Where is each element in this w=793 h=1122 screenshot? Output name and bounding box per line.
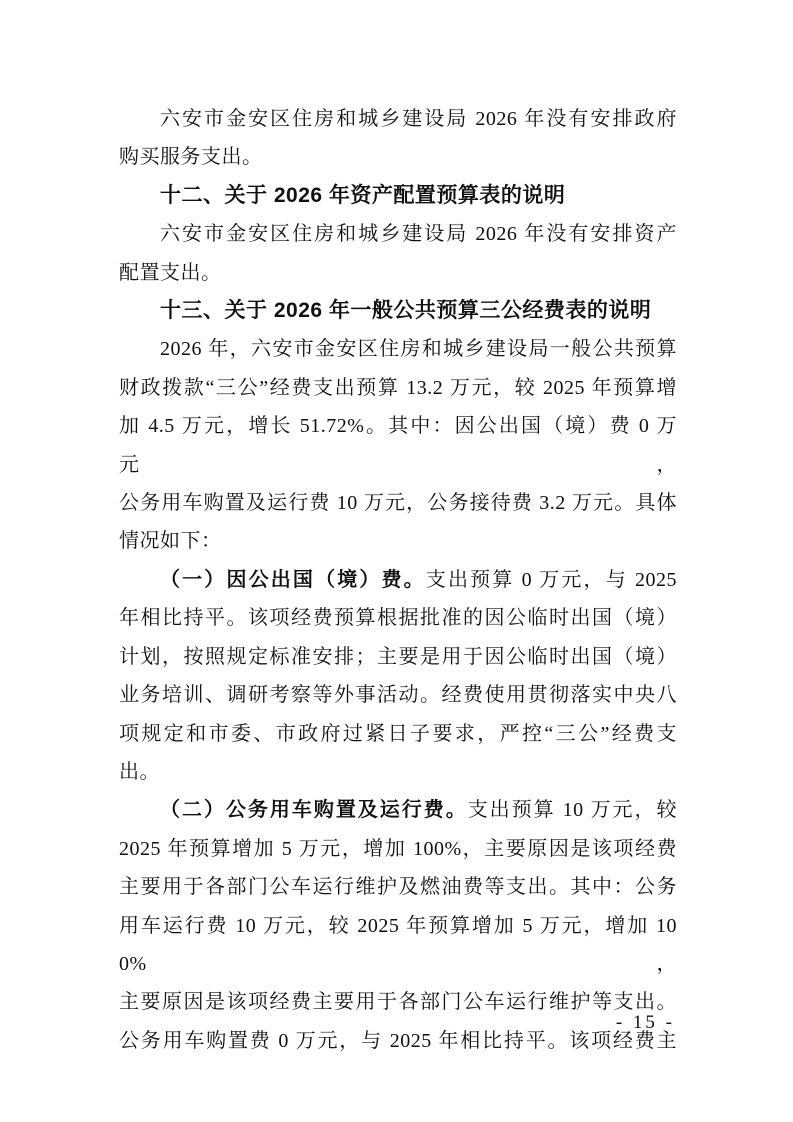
section-heading: 十二、关于 2026 年资产配置预算表的说明 — [119, 177, 677, 215]
body-text: 加 4.5 万元，增长 51.72%。其中：因公出国（境）费 0 万元， — [119, 415, 677, 475]
bold-lead-text: （二）公务用车购置及运行费。 — [160, 799, 468, 821]
body-text: 业务培训、调研考察等外事活动。经费使用贯彻落实中央八 — [119, 684, 677, 706]
body-text-line: 六安市金安区住房和城乡建设局 2026 年没有安排资产 — [119, 215, 677, 253]
bold-lead-text: 十三、关于 2026 年一般公共预算三公经费表的说明 — [160, 299, 651, 322]
body-text-line: 公务用车购置费 0 万元，与 2025 年相比持平。该项经费主 — [119, 1022, 677, 1060]
body-text: 公务用车购置及运行费 10 万元，公务接待费 3.2 万元。具体 — [119, 492, 677, 514]
document-page: 六安市金安区住房和城乡建设局 2026 年没有安排政府购买服务支出。十二、关于 … — [0, 0, 793, 1122]
paragraph: 六安市金安区住房和城乡建设局 2026 年没有安排资产配置支出。 — [119, 215, 677, 292]
body-text-line: 项规定和市委、市政府过紧日子要求，严控“三公”经费支 — [119, 715, 677, 753]
page-number: - 15 - — [616, 1008, 675, 1038]
body-text: 出。 — [119, 761, 160, 783]
body-text: 项规定和市委、市政府过紧日子要求，严控“三公”经费支 — [119, 723, 677, 745]
body-text-line: 加 4.5 万元，增长 51.72%。其中：因公出国（境）费 0 万元， — [119, 407, 677, 484]
body-text-line: 2025 年预算增加 5 万元，增加 100%，主要原因是该项经费 — [119, 830, 677, 868]
body-text-line: 购买服务支出。 — [119, 138, 677, 176]
body-text-line: （二）公务用车购置及运行费。支出预算 10 万元，较 — [119, 791, 677, 829]
body-text: 支出预算 10 万元，较 — [468, 799, 677, 821]
body-text-line: 计划，按照规定标准安排；主要是用于因公临时出国（境） — [119, 638, 677, 676]
bold-lead-text: （一）因公出国（境）费。 — [160, 569, 426, 591]
body-text-line: （一）因公出国（境）费。支出预算 0 万元，与 2025 — [119, 561, 677, 599]
body-text-line: 年相比持平。该项经费预算根据批准的因公临时出国（境） — [119, 599, 677, 637]
paragraph: 2026 年，六安市金安区住房和城乡建设局一般公共预算财政拨款“三公”经费支出预… — [119, 330, 677, 560]
body-text: 六安市金安区住房和城乡建设局 2026 年没有安排政府 — [160, 108, 677, 130]
body-text: 支出预算 0 万元，与 2025 — [426, 569, 677, 591]
bold-lead-text: 十二、关于 2026 年资产配置预算表的说明 — [160, 184, 565, 207]
body-text: 2026 年，六安市金安区住房和城乡建设局一般公共预算 — [160, 338, 677, 360]
body-text-line: 主要原因是该项经费主要用于各部门公车运行维护等支出。 — [119, 983, 677, 1021]
section-heading-block: 十三、关于 2026 年一般公共预算三公经费表的说明 — [119, 292, 677, 330]
body-text: 购买服务支出。 — [119, 146, 263, 168]
body-text-line: 配置支出。 — [119, 254, 677, 292]
body-text: 用车运行费 10 万元，较 2025 年预算增加 5 万元，增加 100%， — [119, 915, 677, 975]
section-heading: 十三、关于 2026 年一般公共预算三公经费表的说明 — [119, 292, 677, 330]
body-text: 情况如下： — [119, 530, 222, 552]
body-text-line: 情况如下： — [119, 522, 677, 560]
body-text-line: 公务用车购置及运行费 10 万元，公务接待费 3.2 万元。具体 — [119, 484, 677, 522]
body-text: 年相比持平。该项经费预算根据批准的因公临时出国（境） — [119, 607, 677, 629]
body-text-line: 出。 — [119, 753, 677, 791]
body-text: 2025 年预算增加 5 万元，增加 100%，主要原因是该项经费 — [119, 838, 677, 860]
body-text: 配置支出。 — [119, 262, 222, 284]
paragraph: （二）公务用车购置及运行费。支出预算 10 万元，较2025 年预算增加 5 万… — [119, 791, 677, 1060]
body-text-line: 业务培训、调研考察等外事活动。经费使用贯彻落实中央八 — [119, 676, 677, 714]
paragraph: （一）因公出国（境）费。支出预算 0 万元，与 2025年相比持平。该项经费预算… — [119, 561, 677, 791]
body-text-line: 六安市金安区住房和城乡建设局 2026 年没有安排政府 — [119, 100, 677, 138]
body-text: 公务用车购置费 0 万元，与 2025 年相比持平。该项经费主 — [119, 1030, 677, 1052]
body-text: 财政拨款“三公”经费支出预算 13.2 万元，较 2025 年预算增 — [119, 377, 677, 399]
body-text-line: 主要用于各部门公车运行维护及燃油费等支出。其中：公务 — [119, 868, 677, 906]
document-body: 六安市金安区住房和城乡建设局 2026 年没有安排政府购买服务支出。十二、关于 … — [119, 100, 677, 1060]
body-text: 主要原因是该项经费主要用于各部门公车运行维护等支出。 — [119, 991, 677, 1013]
paragraph: 六安市金安区住房和城乡建设局 2026 年没有安排政府购买服务支出。 — [119, 100, 677, 177]
body-text: 六安市金安区住房和城乡建设局 2026 年没有安排资产 — [160, 223, 677, 245]
section-heading-block: 十二、关于 2026 年资产配置预算表的说明 — [119, 177, 677, 215]
body-text-line: 2026 年，六安市金安区住房和城乡建设局一般公共预算 — [119, 330, 677, 368]
body-text: 主要用于各部门公车运行维护及燃油费等支出。其中：公务 — [119, 876, 677, 898]
body-text-line: 用车运行费 10 万元，较 2025 年预算增加 5 万元，增加 100%， — [119, 907, 677, 984]
body-text: 计划，按照规定标准安排；主要是用于因公临时出国（境） — [119, 646, 677, 668]
body-text-line: 财政拨款“三公”经费支出预算 13.2 万元，较 2025 年预算增 — [119, 369, 677, 407]
